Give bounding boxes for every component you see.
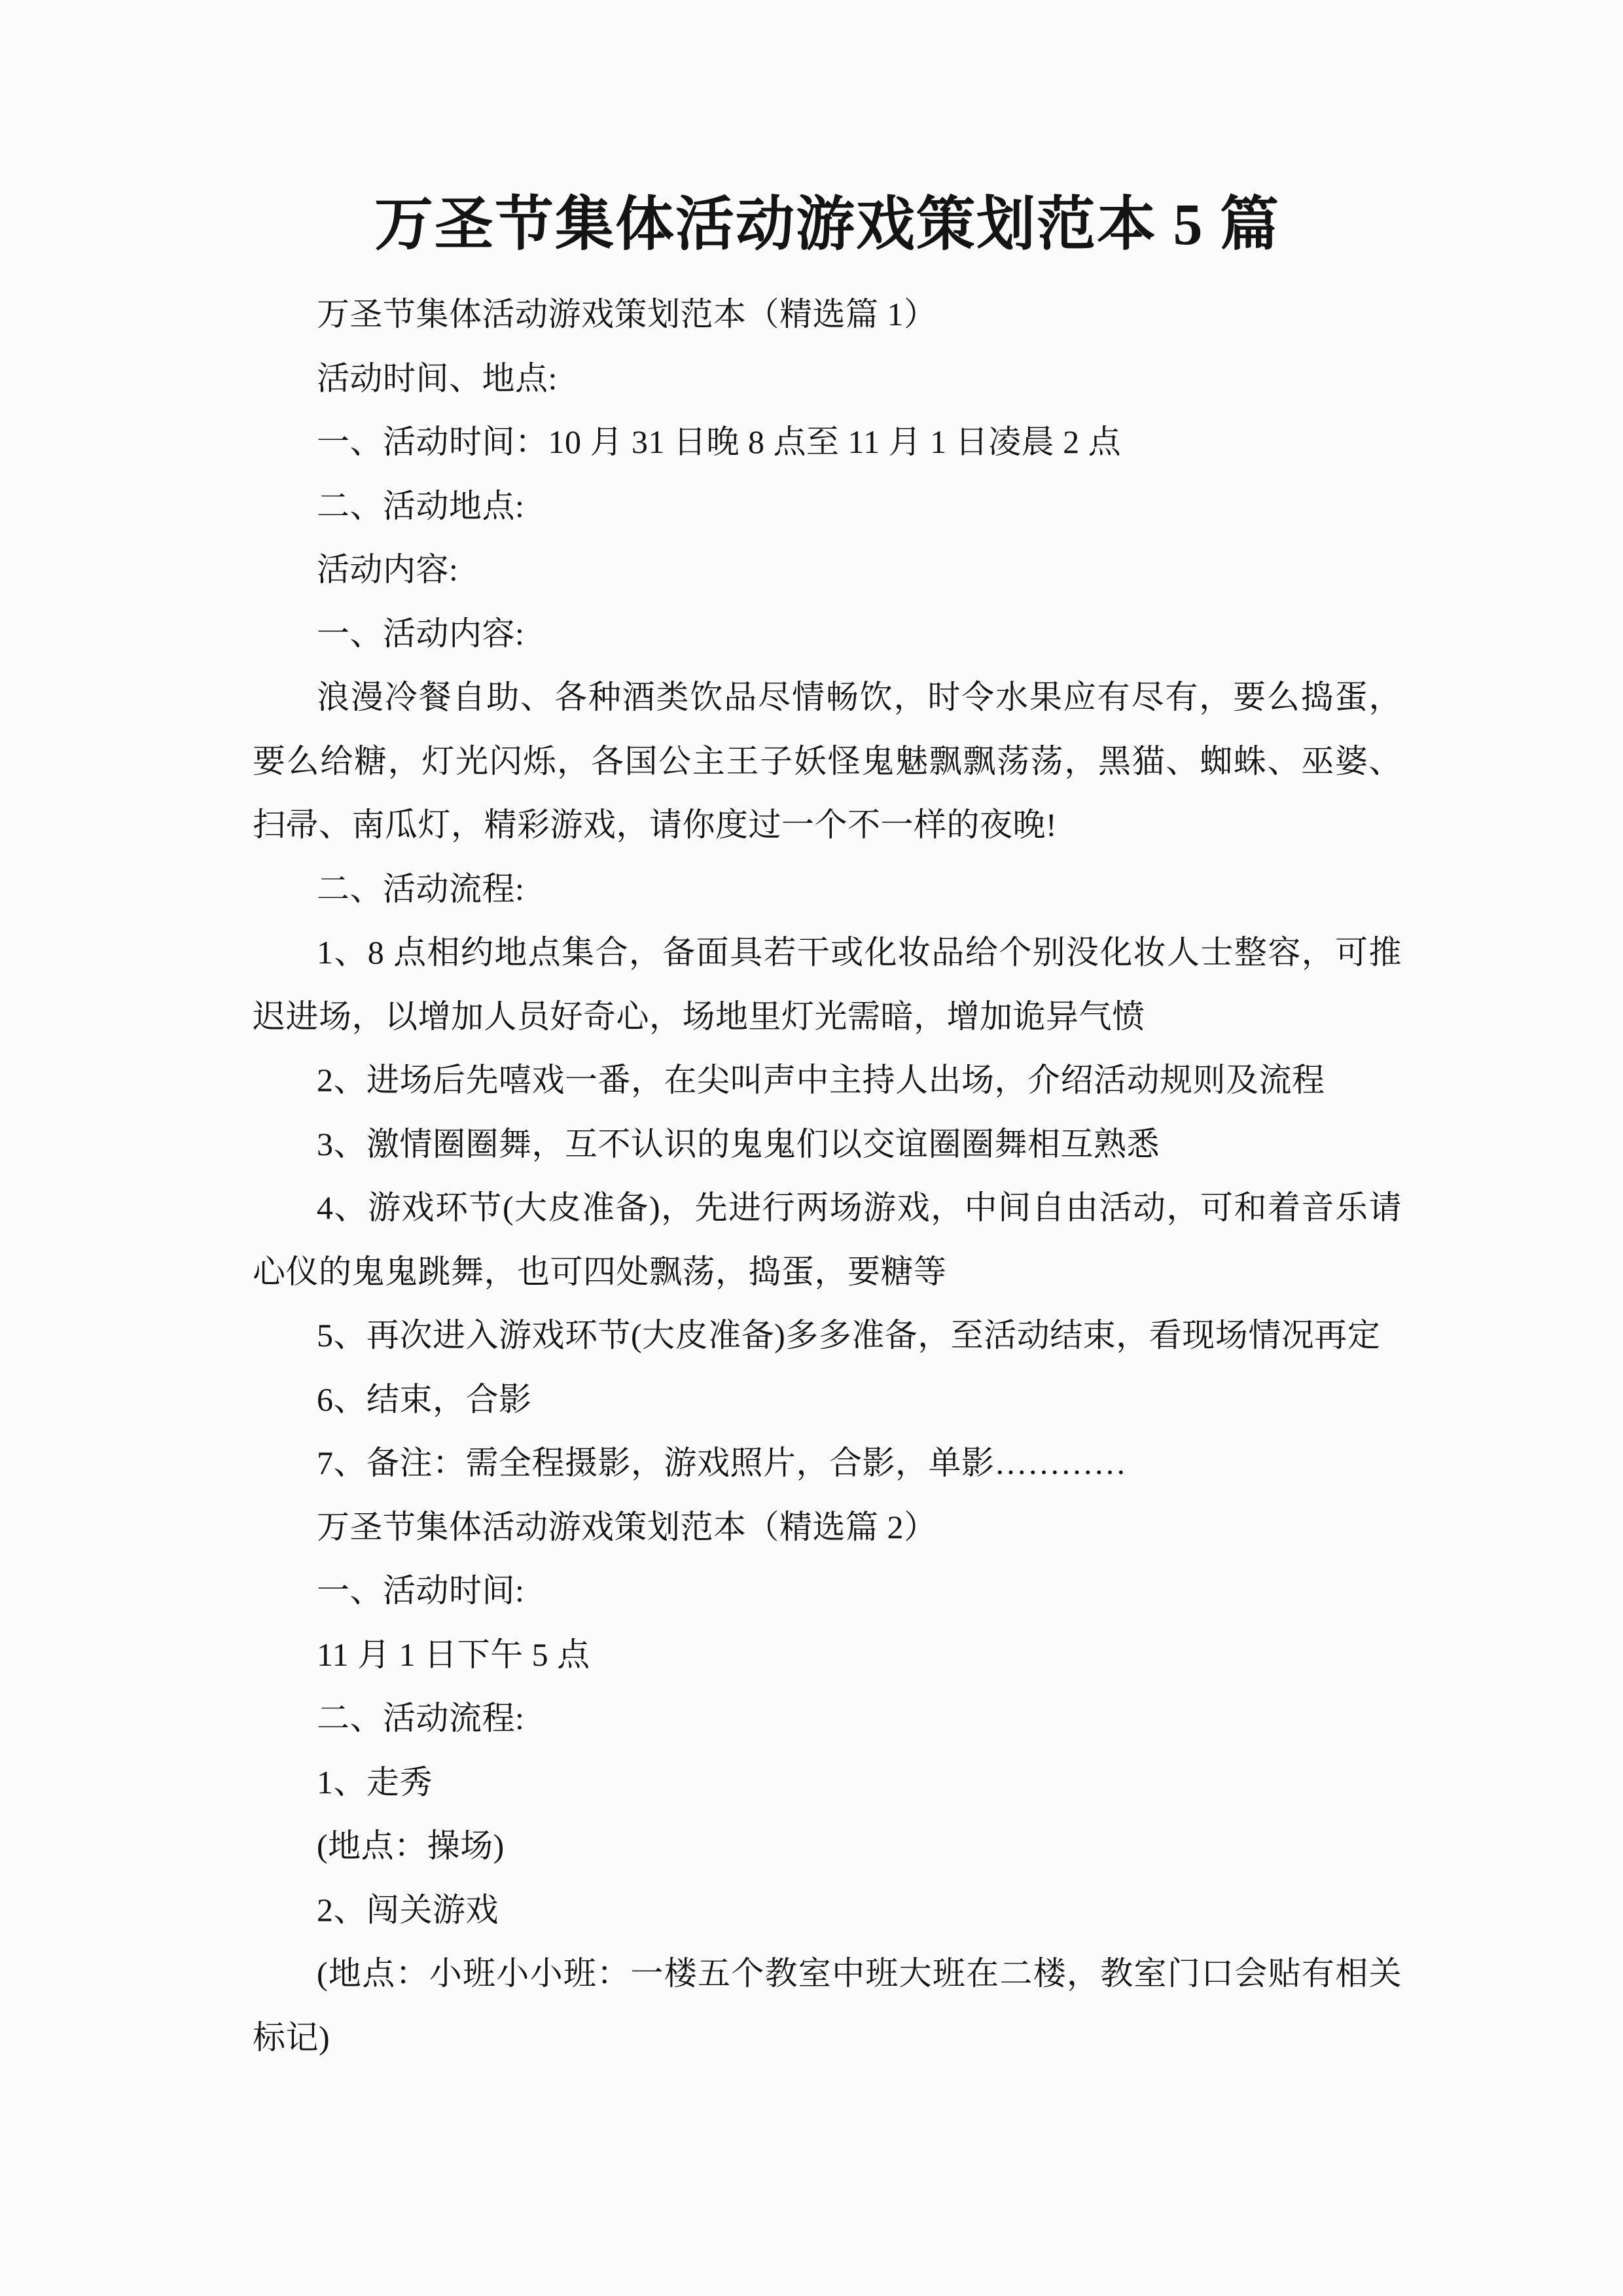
page-content: 万圣节集体活动游戏策划范本 5 篇 万圣节集体活动游戏策划范本（精选篇 1）活动… — [0, 0, 1623, 2070]
page-title: 万圣节集体活动游戏策划范本 5 篇 — [253, 188, 1402, 262]
paragraph: (地点：操场) — [253, 1814, 1402, 1878]
paragraph: 2、闯关游戏 — [253, 1878, 1402, 1943]
paragraph: 11 月 1 日下午 5 点 — [253, 1623, 1402, 1687]
paragraph: 万圣节集体活动游戏策划范本（精选篇 1） — [253, 283, 1402, 347]
paragraph: 活动内容: — [253, 538, 1402, 602]
paragraph: (地点：小班小小班：一楼五个教室中班大班在二楼，教室门口会贴有相关标记) — [253, 1942, 1402, 2070]
document-page: 万圣节集体活动游戏策划范本 5 篇 万圣节集体活动游戏策划范本（精选篇 1）活动… — [0, 0, 1623, 2296]
paragraph: 1、8 点相约地点集合，备面具若干或化妆品给个别没化妆人士整容，可推迟进场，以增… — [253, 921, 1402, 1049]
paragraph: 活动时间、地点: — [253, 347, 1402, 411]
paragraph: 一、活动时间: — [253, 1559, 1402, 1623]
paragraph: 二、活动流程: — [253, 1687, 1402, 1751]
paragraph: 1、走秀 — [253, 1751, 1402, 1815]
document-body: 万圣节集体活动游戏策划范本（精选篇 1）活动时间、地点:一、活动时间：10 月 … — [253, 283, 1402, 2070]
paragraph: 2、进场后先嘻戏一番，在尖叫声中主持人出场，介绍活动规则及流程 — [253, 1049, 1402, 1113]
paragraph: 二、活动地点: — [253, 475, 1402, 539]
paragraph: 6、结束，合影 — [253, 1368, 1402, 1432]
paragraph: 7、备注：需全程摄影，游戏照片，合影，单影………… — [253, 1431, 1402, 1496]
paragraph: 5、再次进入游戏环节(大皮准备)多多准备，至活动结束，看现场情况再定 — [253, 1304, 1402, 1368]
paragraph: 一、活动时间：10 月 31 日晚 8 点至 11 月 1 日凌晨 2 点 — [253, 410, 1402, 475]
paragraph: 浪漫冷餐自助、各种酒类饮品尽情畅饮，时令水果应有尽有，要么捣蛋，要么给糖，灯光闪… — [253, 666, 1402, 857]
paragraph: 一、活动内容: — [253, 602, 1402, 666]
paragraph: 二、活动流程: — [253, 857, 1402, 922]
paragraph: 3、激情圈圈舞，互不认识的鬼鬼们以交谊圈圈舞相互熟悉 — [253, 1113, 1402, 1177]
paragraph: 4、游戏环节(大皮准备)，先进行两场游戏，中间自由活动，可和着音乐请心仪的鬼鬼跳… — [253, 1176, 1402, 1304]
paragraph: 万圣节集体活动游戏策划范本（精选篇 2） — [253, 1496, 1402, 1560]
